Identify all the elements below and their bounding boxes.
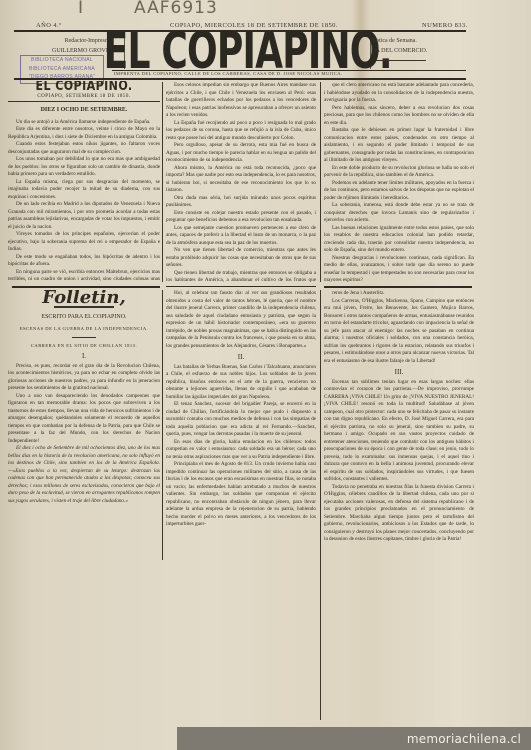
column-divider [320, 82, 321, 282]
paragraph: Bastaba que le debiesen en primer lugar … [324, 127, 474, 165]
section-divider [324, 286, 472, 288]
masthead-left-info: Redactor-Impresor. GUILLERMO GROVE. [52, 36, 111, 56]
issue-number: NUMERO 833. [422, 22, 468, 29]
paragraph: reros de Jena i Austerlitz. [324, 290, 474, 298]
year-label: AÑO 4.º [36, 22, 61, 29]
paragraph: Vireyes tomados de los principes español… [8, 231, 160, 254]
folletin-column-3: reros de Jena i Austerlitz. Los Carreras… [324, 290, 474, 720]
paragraph: Los Carreras, O'Higgins, Mackenna, Spano… [324, 298, 474, 366]
paragraph: Principiaba el mes de Agosto de 813. Un … [166, 461, 316, 529]
handwritten-mark: I [78, 0, 84, 18]
paragraph: En esos dias de gloria, habia emulacion … [166, 439, 316, 462]
short-rule [72, 337, 96, 338]
pharmacy-name: LA DEL COMERCIO. [372, 46, 427, 56]
paragraph: Las buenas relaciones igualmente entre t… [324, 225, 474, 255]
masthead-title-box: EL COPIAPINO. [124, 33, 371, 69]
paragraph: Las batallas de Yerbas Buenas, San Carlo… [166, 364, 316, 402]
printer-imprint: IMPRENTA DEL COPIAPINO, CALLE DE LOS CAR… [114, 71, 342, 76]
paragraph: Este dia es diferente entre nosotros, ve… [8, 126, 160, 141]
paragraph: El diez i ocho de Setiembre de mil ochoc… [8, 445, 160, 505]
paragraph: Hoi, al celebrar tan fausto dia: al ver … [166, 290, 316, 350]
paragraph: Ahora mismo, la América no está toda rec… [166, 165, 316, 195]
paragraph: La España misma, ciega por sus desgracia… [8, 179, 160, 202]
editor-role: Redactor-Impresor. [52, 36, 111, 46]
paragraph: Cuando estos festejaban estos nikos jiga… [8, 141, 160, 156]
stamp-line-2: BIBLIOTECA AMERICANA [21, 65, 103, 74]
watermark-logo: memoriachilena.cl [407, 732, 521, 746]
paragraph: De un lado recibia en Madrid a los diput… [8, 201, 160, 231]
editorial-headline: DIEZ I OCHO DE SETIEMBRE. [8, 107, 160, 115]
folletin-subheading: ESCENAS DE LA GUERRA DE LA INDEPENDENCIA… [8, 325, 160, 333]
paragraph: De este modo se engañaban todos, los hip… [8, 254, 160, 269]
editorial-paper-name: EL COPIAPINO. [19, 83, 148, 91]
column-divider [162, 82, 163, 282]
paragraph: La soberania, inmensa, está donde debe e… [324, 202, 474, 225]
stamp-line-1: BIBLIOTECA NACIONAL [21, 56, 103, 65]
column-divider [320, 290, 321, 720]
paragraph: Podemos en adelante tener límites milita… [324, 180, 474, 203]
section-number: II. [166, 354, 316, 362]
masthead-bottom-rule [14, 78, 466, 80]
paragraph: Esto consiste en colejar nuestro estado … [166, 210, 316, 225]
short-divider [376, 60, 426, 61]
paragraph: Uno a uno van desapareciendo los denodad… [8, 393, 160, 446]
paragraph: Otra duda mas séria, hoi surjida mirando… [166, 195, 316, 210]
paragraph: que el clero americano no está bastante … [324, 82, 474, 105]
paragraph: Escenas tan sublimes tenian lugar en esa… [324, 379, 474, 484]
section-divider [12, 286, 160, 288]
paragraph: Los unos tomaban por debilidad lo que no… [8, 156, 160, 179]
editorial-column-1: EL COPIAPINO. COPIAPO, SETIEMBRE 18 DE 1… [8, 81, 160, 281]
paragraph: Pero orgulloso, apesar de su derrota, es… [166, 142, 316, 165]
paragraph: No ven que tienen libertad de comercio, … [166, 247, 316, 270]
folletin-byline: CARRERA EN EL SITIO DE CHILLAN 1813. [8, 342, 160, 350]
newspaper-page: I AAF6913 AÑO 4.º COPIAPO, MIERCOLES 18 … [0, 0, 531, 750]
paragraph: Los que semejante cuestion promueven per… [166, 225, 316, 248]
paragraph: En este doble producto de su revolucion … [324, 165, 474, 180]
paragraph: Un dia se antojó a la América llamarse i… [8, 119, 160, 127]
paragraph: Esos celosos impedian sin embargo que Bu… [166, 82, 316, 120]
editorial-column-2: Esos celosos impedian sin embargo que Bu… [166, 82, 316, 282]
column-divider [162, 290, 163, 560]
paragraph: Pero hablemos, mas sincero, deber a esa … [324, 105, 474, 128]
section-divider [166, 286, 316, 287]
handwritten-catalog-number: AAF6913 [134, 0, 218, 18]
folletin-column-2: Hoi, al celebrar tan fausto dia: al ver … [166, 290, 316, 730]
pharmacy-label: Botica de Semana. [372, 36, 427, 46]
masthead-right-info: Botica de Semana. LA DEL COMERCIO. [372, 36, 427, 61]
folletin-title: Folletin, [8, 294, 160, 302]
paragraph: Preciso, es pues, recordar en el gran di… [8, 363, 160, 393]
section-number: I. [8, 353, 160, 361]
paragraph: La España fué recojiendo así poco a poco… [166, 120, 316, 143]
paragraph: El tenaz Sanchez, sucesor del brigadier … [166, 401, 316, 439]
paragraph: Que tienen libertad de trabajo, mientras… [166, 270, 316, 283]
section-number: III. [324, 369, 474, 377]
folletin-column-1: Folletin, ESCRITO PARA EL COPIAPINO. ESC… [8, 290, 160, 730]
paragraph: Nuestras desgracias i revoluciones conti… [324, 255, 474, 283]
paragraph: En ninguna parte se vió, escribia entonc… [8, 269, 160, 282]
paragraph: Todavia no penetraba en nuestras filas l… [324, 484, 474, 544]
editorial-column-3: que el clero americano no está bastante … [324, 82, 474, 282]
folletin-heading: ESCRITO PARA EL COPIAPINO. [8, 314, 160, 322]
